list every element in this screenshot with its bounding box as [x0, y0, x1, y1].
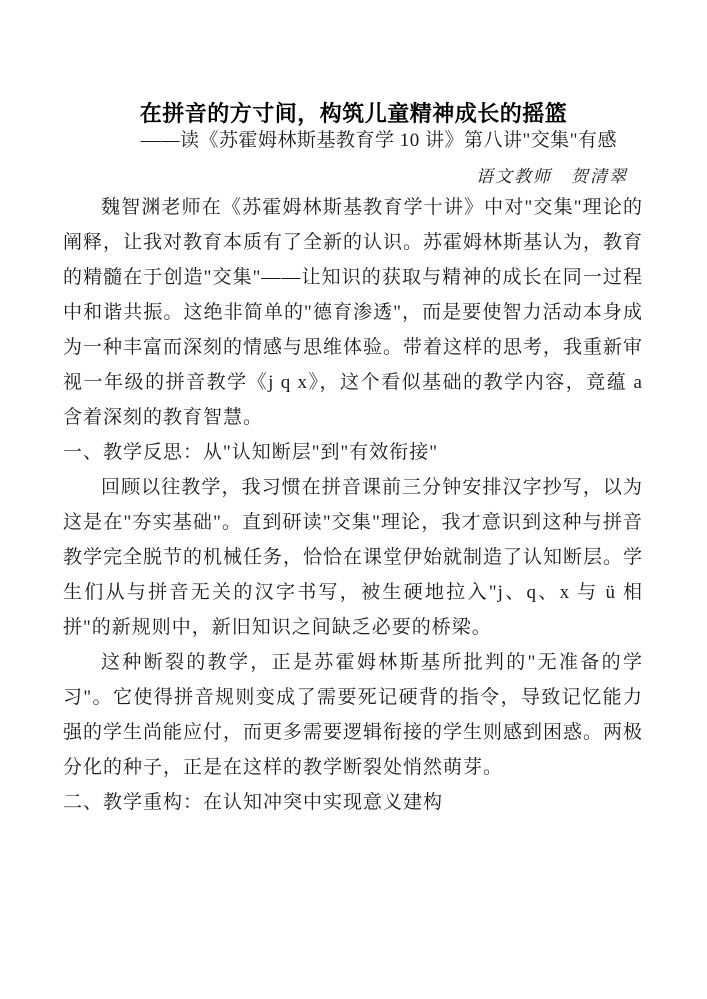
document-title: 在拼音的方寸间，构筑儿童精神成长的摇篮	[0, 101, 707, 127]
body-paragraph: 这种断裂的教学，正是苏霍姆林斯基所批判的"无准备的学习"。它使得拼音规则变成了需…	[63, 645, 643, 785]
section-heading: 一、教学反思：从"认知断层"到"有效衔接"	[63, 435, 643, 470]
document-body: 魏智渊老师在《苏霍姆林斯基教育学十讲》中对"交集"理论的阐释，让我对教育本质有了…	[63, 190, 643, 820]
author-signature: 语文教师 贺清翠	[476, 165, 628, 189]
section-heading: 二、教学重构：在认知冲突中实现意义建构	[63, 785, 643, 820]
body-paragraph: 魏智渊老师在《苏霍姆林斯基教育学十讲》中对"交集"理论的阐释，让我对教育本质有了…	[63, 190, 643, 435]
document-page: 在拼音的方寸间，构筑儿童精神成长的摇篮 ——读《苏霍姆林斯基教育学 10 讲》第…	[0, 0, 707, 999]
body-paragraph: 回顾以往教学，我习惯在拼音课前三分钟安排汉字抄写，以为这是在"夯实基础"。直到研…	[63, 470, 643, 645]
document-subtitle: ——读《苏霍姆林斯基教育学 10 讲》第八讲"交集"有感	[141, 128, 617, 154]
